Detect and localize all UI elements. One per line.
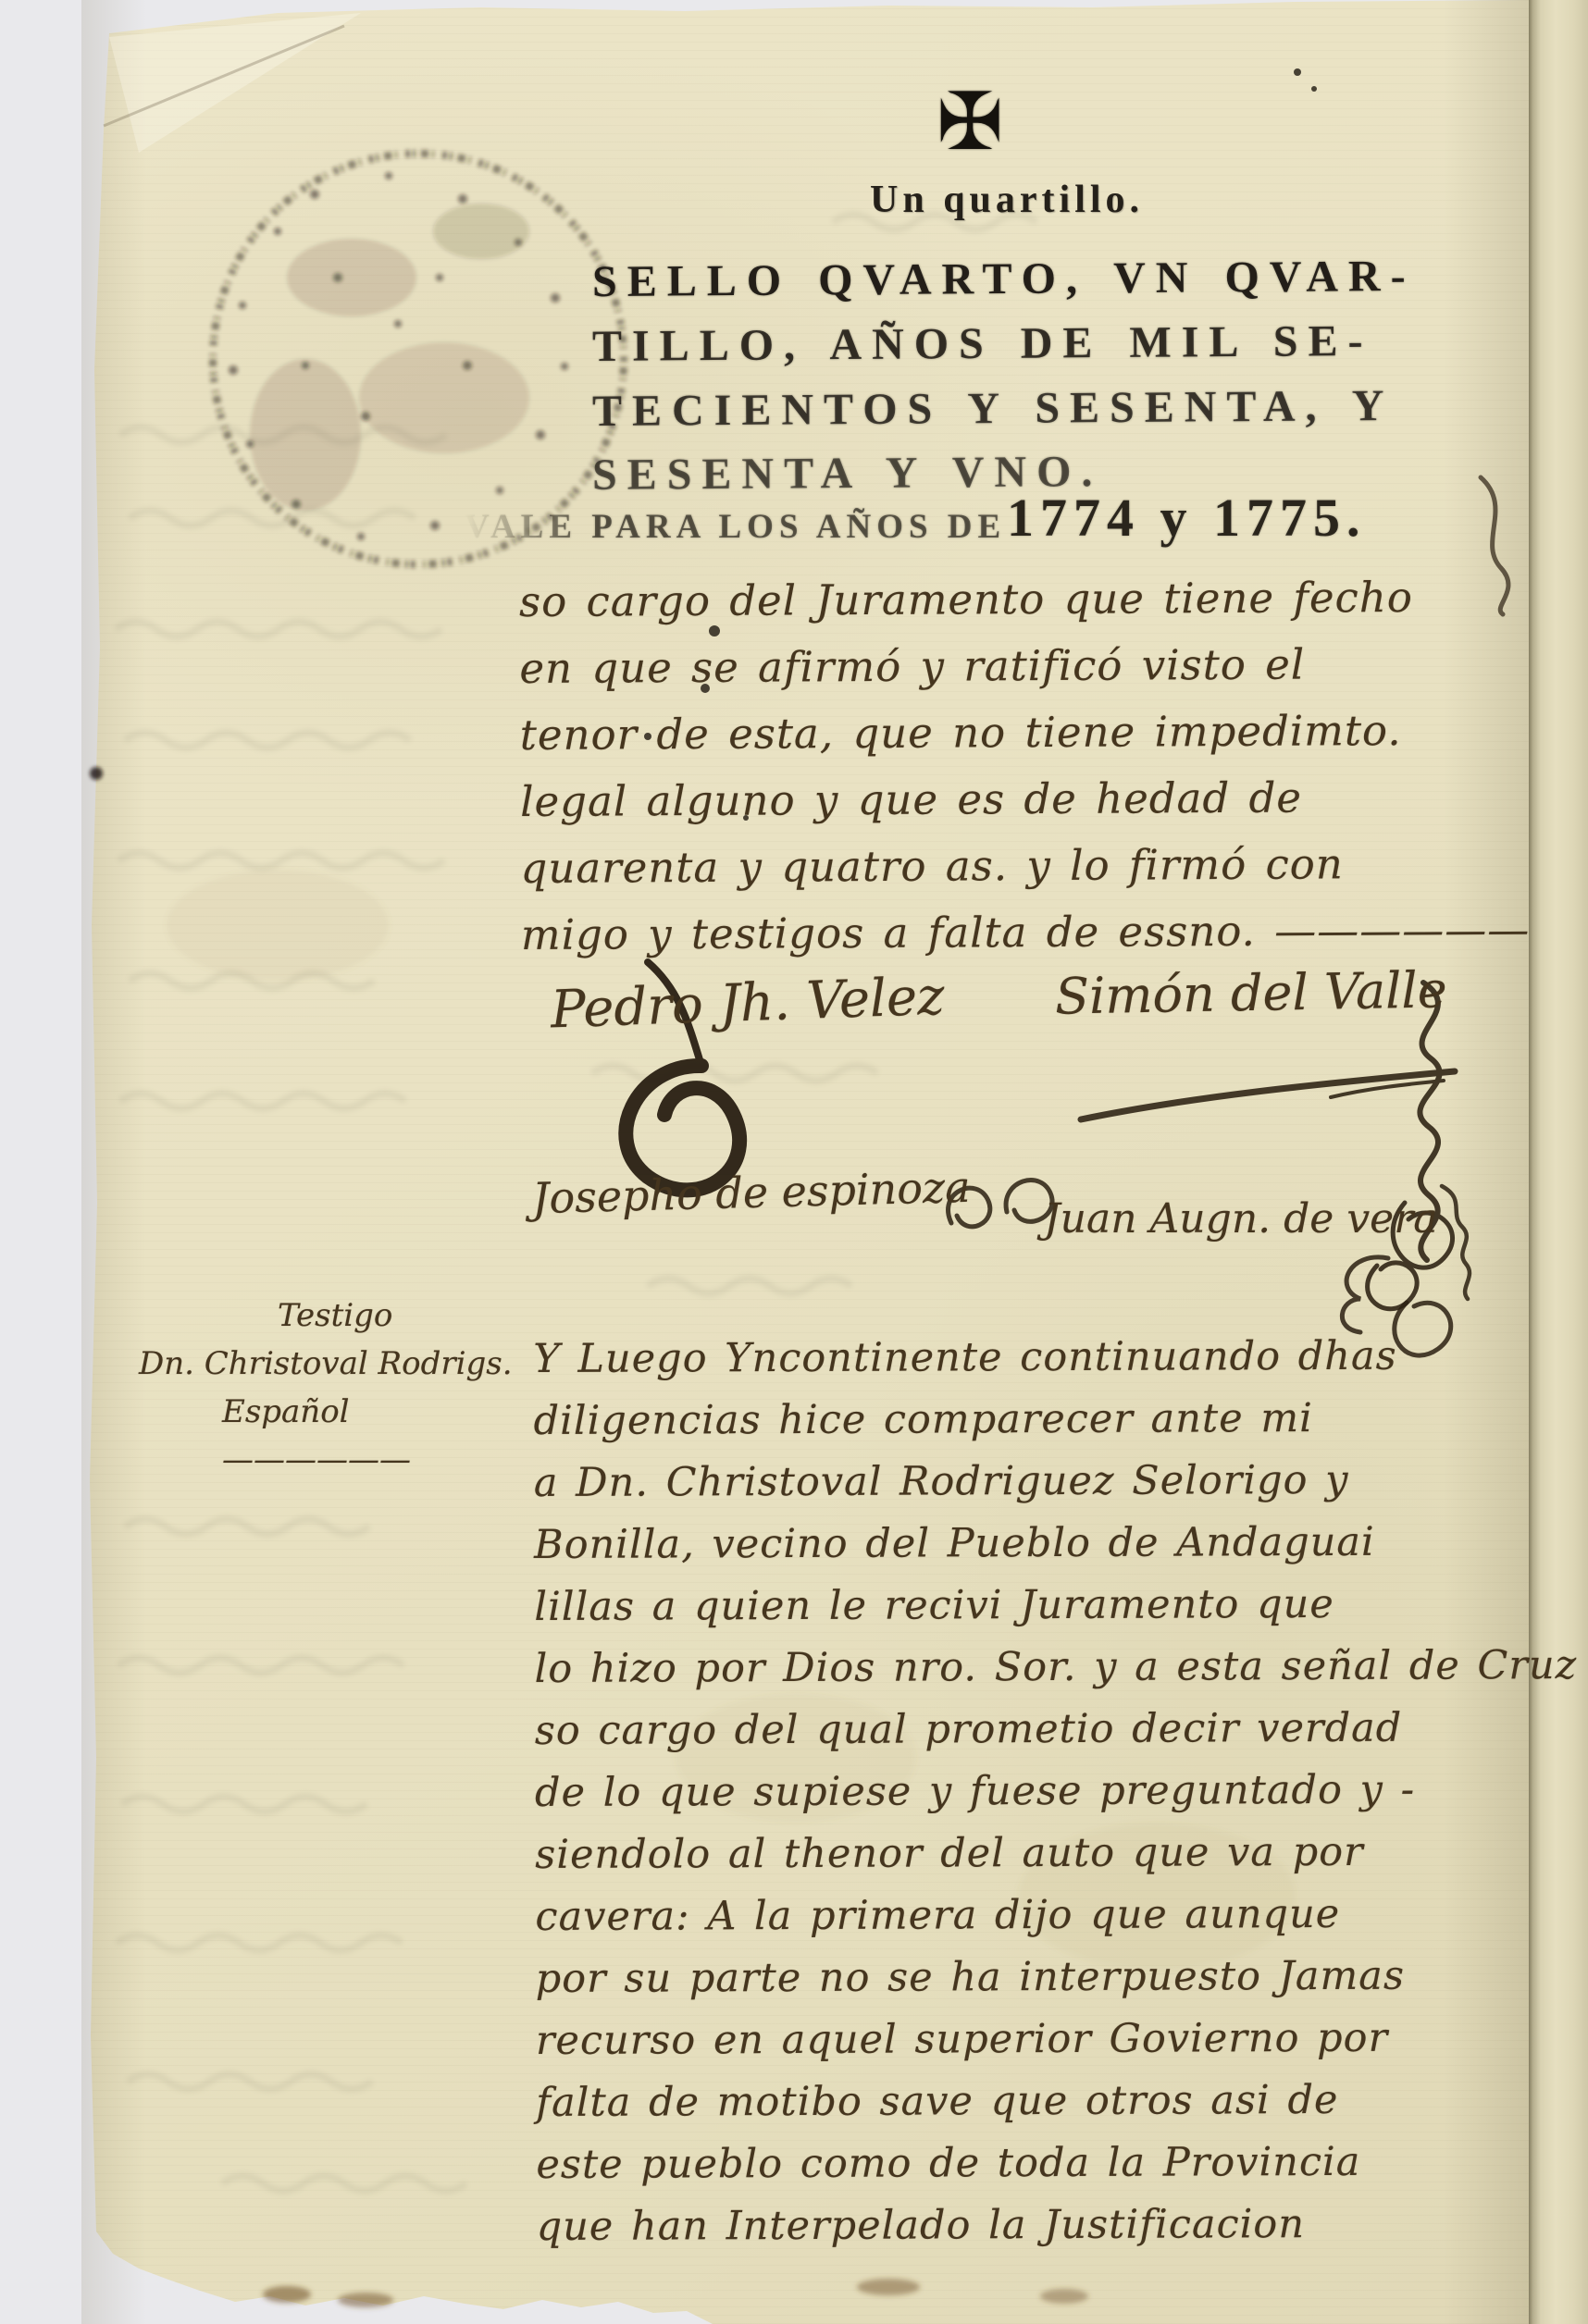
manuscript-line: tenor de esta, que no tiene impedimto.	[520, 697, 1575, 769]
manuscript-line: legal alguno y que es de hedad de	[520, 763, 1575, 835]
document-page: ✠ Un quartillo. SELLO QVARTO, VN QVAR- T…	[0, 0, 1588, 2324]
signature-juan-de-vera: Juan Augn. de vera	[1044, 1195, 1437, 1242]
manuscript-line: so cargo del qual prometio decir verdad	[535, 1697, 1588, 1762]
seal-text-line-2: TILLO, AÑOS DE MIL SE-	[592, 315, 1373, 372]
margin-note-line: Español ——————	[222, 1388, 546, 1484]
manuscript-line: quarenta y quatro as. y lo firmó con	[520, 830, 1575, 902]
manuscript-line: en que se afirmó y ratificó visto el	[519, 630, 1574, 702]
manuscript-line: lillas a quien le recivi Juramento que	[534, 1573, 1588, 1638]
manuscript-line: so cargo del Juramento que tiene fecho	[519, 563, 1574, 636]
manuscript-line: este pueblo como de toda la Provincia	[536, 2131, 1588, 2196]
revalidation-prefix: VALE PARA LOS AÑOS DE	[465, 507, 1006, 547]
manuscript-line: que han Interpelado la Justificacion	[537, 2193, 1588, 2258]
seal-text-line-3: TECIENTOS Y SESENTA, Y	[592, 380, 1395, 437]
manuscript-line: recurso en aquel superior Govierno por	[536, 2007, 1588, 2072]
seal-text-line-1: SELLO QVARTO, VN QVAR-	[592, 251, 1416, 307]
manuscript-paragraph-main: Y Luego Yncontinente continuando dhas di…	[533, 1325, 1588, 2258]
tax-denomination-label: Un quartillo.	[870, 178, 1144, 222]
manuscript-line: falta de motibo save que otros asi de	[536, 2069, 1588, 2134]
manuscript-line: por su parte no se ha interpuesto Jamas	[536, 1945, 1588, 2010]
margin-note-line: Testigo	[278, 1292, 546, 1340]
margin-note-line: Dn. Christoval Rodrigs.	[139, 1340, 546, 1388]
manuscript-line: diligencias hice comparecer ante mi	[533, 1387, 1588, 1452]
manuscript-line: cavera: A la primera dijo que aunque	[535, 1883, 1588, 1948]
manuscript-line: migo y testigos a falta de essno. ——————	[521, 896, 1576, 969]
signature-simon-del-valle: Simón del Valle	[1054, 960, 1447, 1025]
manuscript-line: a Dn. Christoval Rodriguez Selorigo y	[534, 1449, 1588, 1514]
revalidation-years: 1774 y 1775.	[1007, 487, 1367, 549]
manuscript-line: de lo que supiese y fuese preguntado y -	[535, 1759, 1588, 1824]
manuscript-paragraph-top: so cargo del Juramento que tiene fecho e…	[519, 563, 1576, 969]
manuscript-line: lo hizo por Dios nro. Sor. y a esta seña…	[534, 1635, 1588, 1700]
manuscript-line: Y Luego Yncontinente continuando dhas	[533, 1325, 1588, 1391]
manuscript-line: Bonilla, vecino del Pueblo de Andaguai	[534, 1511, 1588, 1576]
cross-pattee-stamp: ✠	[937, 76, 1003, 168]
witness-margin-note: Testigo Dn. Christoval Rodrigs. Español …	[139, 1292, 546, 1484]
manuscript-line: siendolo al thenor del auto que va por	[535, 1821, 1588, 1886]
